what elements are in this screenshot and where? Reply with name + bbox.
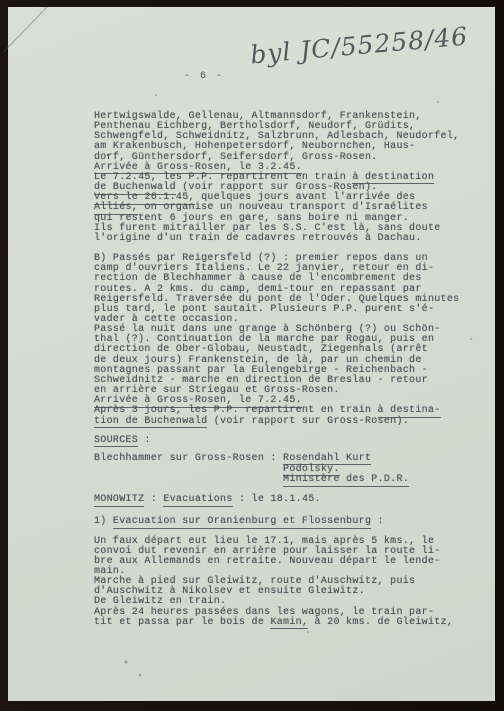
text-line: 1) Evacuation sur Oranienburg et Flossen… — [94, 517, 459, 527]
monowitz-heading: MONOWITZ : Evacuations : le 18.1.45. — [94, 495, 459, 505]
sources-list: Blechhammer sur Gross-Rosen : Rosendahl … — [94, 454, 459, 486]
paper-crease — [4, 7, 48, 52]
text-line: l'origine d'un train de cadavres retrouv… — [94, 234, 459, 244]
text-line: SOURCES : — [94, 436, 459, 446]
text-line: tit et passa par le bois de Kamin, à 20 … — [94, 618, 459, 628]
text-line: bre aux Allemands en retraite. Nouveau d… — [94, 557, 459, 567]
text-line: Ministère des P.D.R. — [94, 475, 459, 486]
paragraph-evacuation-details: Un faux départ eut lieu le 17.1, mais ap… — [94, 537, 459, 628]
paragraph-town-list: Hertwigswalde, Gellenau, Altmannsdorf, F… — [94, 112, 459, 244]
evacuation-heading: 1) Evacuation sur Oranienburg et Flossen… — [94, 517, 459, 527]
document-text: Hertwigswalde, Gellenau, Altmannsdorf, F… — [94, 112, 459, 628]
sources-heading: SOURCES : — [94, 436, 459, 446]
document-page: byl JC/55258/46 - 6 - Hertwigswalde, Gel… — [8, 7, 495, 701]
handwritten-reference-annotation: byl JC/55258/46 — [249, 22, 469, 70]
paragraph-b-reigersfeld: B) Passés par Reigersfeld (?) : premier … — [94, 254, 459, 427]
page-number: - 6 - — [184, 71, 224, 82]
scan-background: byl JC/55258/46 - 6 - Hertwigswalde, Gel… — [0, 0, 504, 711]
text-line: tion de Buchenwald (voir rapport sur Gro… — [94, 417, 459, 427]
text-line: MONOWITZ : Evacuations : le 18.1.45. — [94, 495, 459, 505]
